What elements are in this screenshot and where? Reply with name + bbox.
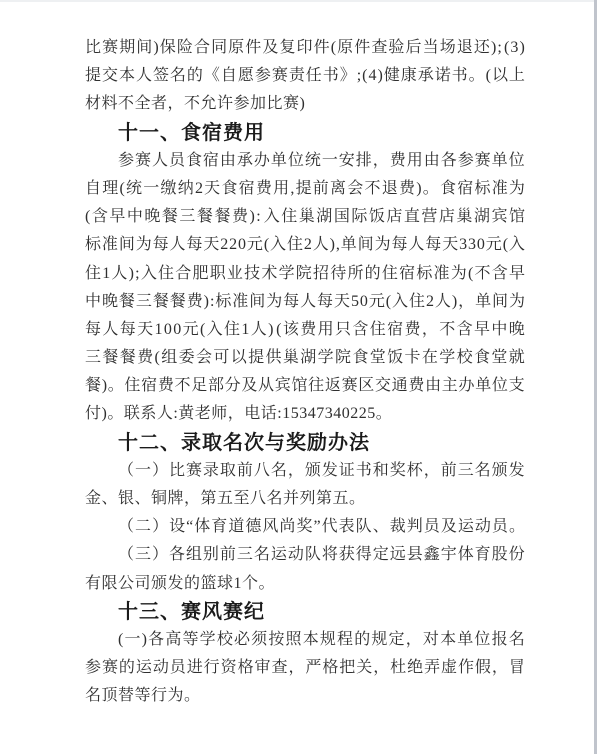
text-line: 比赛期间)保险合同原件及复印件(原件查验后当场退还); (3) bbox=[85, 34, 525, 62]
text-line: 材料不全者，不允许参加比赛) bbox=[85, 90, 525, 118]
text-line: 金、银、铜牌，第五至八名并列第五。 bbox=[85, 485, 525, 513]
text-line: 餐)。住宿费不足部分及从宾馆往返赛区交通费由主办单位支 bbox=[85, 372, 525, 400]
text-line: 提交本人签名的《自愿参赛责任书》;(4)健康承诺书。(以上 bbox=[85, 62, 525, 90]
text-line: (一)各高等学校必须按照本规程的规定，对本单位报名 bbox=[85, 626, 525, 654]
text-line: （三）各组别前三名运动队将获得定远县鑫宇体育股份 bbox=[85, 541, 525, 569]
text-line: 每人每天100元(入住1人) (该费用只含住宿费，不含早中晚 bbox=[85, 316, 525, 344]
text-line: 有限公司颁发的篮球1个。 bbox=[85, 570, 525, 598]
text-line: 中晚餐三餐餐费):标准间为每人每天50元(入住2人)，单间为 bbox=[85, 288, 525, 316]
text-line: 名顶替等行为。 bbox=[85, 682, 525, 710]
text-line: 付)。联系人:黄老师，电话:15347340225。 bbox=[85, 400, 525, 428]
section-heading: 十二、录取名次与奖励办法 bbox=[85, 429, 525, 457]
text-line: 参赛人员食宿由承办单位统一安排，费用由各参赛单位 bbox=[85, 147, 525, 175]
section-heading: 十三、赛风赛纪 bbox=[85, 598, 525, 626]
text-line: （一）比赛录取前八名，颁发证书和奖杯，前三名颁发 bbox=[85, 457, 525, 485]
text-line: （二）设“体育道德风尚奖”代表队、裁判员及运动员。 bbox=[85, 513, 525, 541]
text-line: 住1人);入住合肥职业技术学院招待所的住宿标准为(不含早 bbox=[85, 260, 525, 288]
text-line: 自理(统一缴纳2天食宿费用,提前离会不退费)。食宿标准为 bbox=[85, 175, 525, 203]
text-line: 参赛的运动员进行资格审查，严格把关，杜绝弄虚作假，冒 bbox=[85, 654, 525, 682]
document-page: 比赛期间)保险合同原件及复印件(原件查验后当场退还); (3)提交本人签名的《自… bbox=[0, 0, 597, 754]
text-line: 三餐餐费(组委会可以提供巢湖学院食堂饭卡在学校食堂就 bbox=[85, 344, 525, 372]
section-heading: 十一、食宿费用 bbox=[85, 119, 525, 147]
page-top-edge-line bbox=[0, 0, 597, 2]
text-line: (含早中晚餐三餐餐费): 入住巢湖国际饭店直营店巢湖宾馆 bbox=[85, 203, 525, 231]
text-line: 标准间为每人每天220元(入住2人),单间为每人每天330元(入 bbox=[85, 231, 525, 259]
document-content: 比赛期间)保险合同原件及复印件(原件查验后当场退还); (3)提交本人签名的《自… bbox=[85, 34, 525, 711]
